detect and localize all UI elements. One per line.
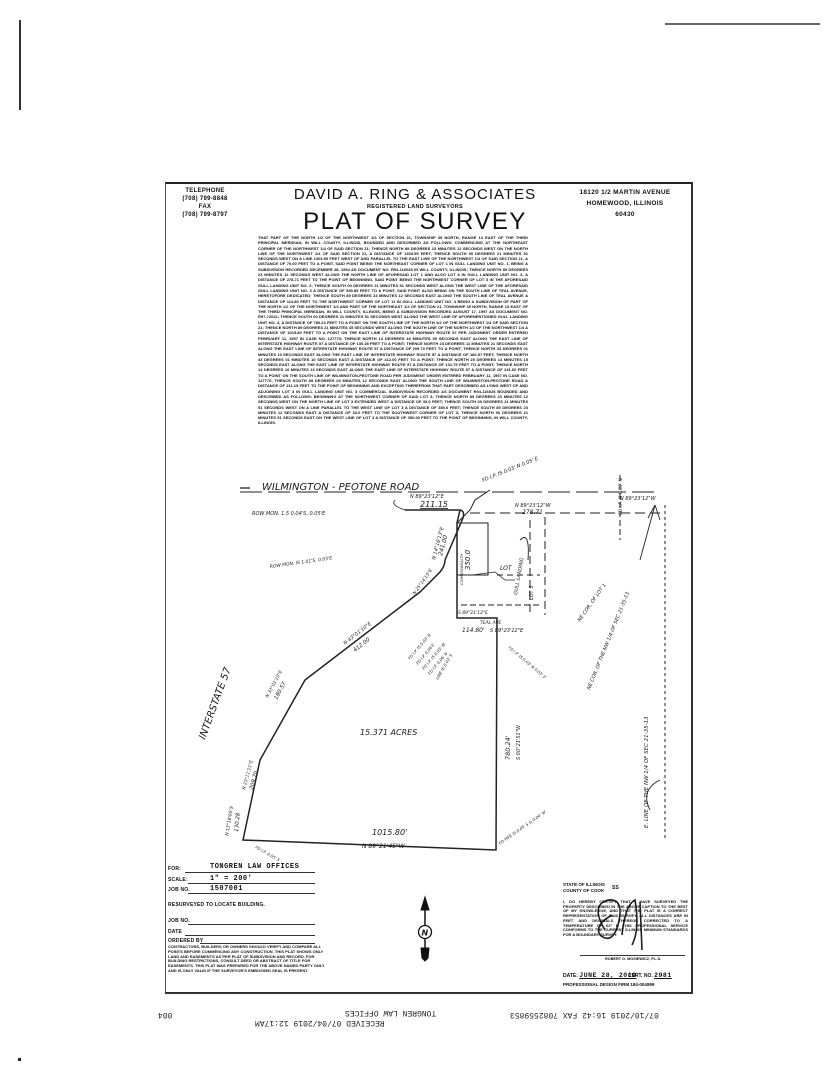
scale-label: SCALE: [168,877,188,883]
scan-edge-mark [665,23,820,25]
scan-edge-mark [19,20,21,110]
certificate-number: CERT. NO. 2981 [628,972,672,979]
address-line-3: 60430 [565,209,685,220]
sheet-bottom-rule [165,992,693,994]
job-underline [188,893,315,894]
firm-address: 18120 1/2 MARTIN AVENUE HOMEWOOD, ILLINO… [565,187,685,220]
date-label: DATE [168,929,182,935]
address-line-2: HOMEWOOD, ILLINOIS [565,198,685,209]
for-label: FOR: [168,866,181,872]
job-no-label-2: JOB NO. [168,918,190,924]
design-firm-number: PROFESSIONAL DESIGN FIRM 184-004899 [563,982,654,987]
document-title: PLAT OF SURVEY [250,208,580,236]
address-line-1: 18120 1/2 MARTIN AVENUE [565,187,685,198]
date-label: DATE: [563,973,578,979]
scan-speck [18,1058,21,1061]
telephone-label: TELEPHONE [170,187,240,195]
title-block-notes: Contractors, builders or owners should v… [168,945,328,974]
fax-label: FAX [170,203,240,211]
scale-value: 1" = 200' [210,875,252,883]
firm-contact: TELEPHONE (708) 799-8848 FAX (708) 799-8… [170,187,240,219]
cert-value: 2981 [654,972,672,979]
certificate-date: DATE: JUNE 28, 2019 [563,972,637,979]
cert-label: CERT. NO. [628,973,653,979]
fax-header-sender: TONGREN LAW OFFICES [345,1008,436,1017]
fax-header-timestamp: 07/10/2019 16:42 FAX 7082559853 [510,1010,659,1019]
certificate-text: I, do hereby certify that I have surveye… [563,900,688,938]
surveyor-name: ROBERT G. MOSIEWICZ, P.L.S. [605,957,661,961]
signature-line [580,955,685,956]
firm-name: DAVID A. RING & ASSOCIATES [250,186,580,203]
job-no-underline-2 [188,924,315,925]
certificate-ss: SS [612,885,619,891]
resurvey-note: RESURVEYED TO LOCATE BUILDING. [168,902,265,908]
certificate-county: COUNTY OF COOK [563,888,605,894]
fax-header-received: RECEIVED 07/04/2019 12:17AM [255,1018,385,1027]
job-label: JOB NO. [168,887,190,893]
fax-page-number: 004 [158,1010,172,1019]
for-underline [185,872,315,873]
client-name: TONGREN LAW OFFICES [210,863,299,871]
scale-underline [188,883,315,884]
telephone-number: (708) 799-8848 [170,195,240,203]
fax-number: (708) 799-8797 [170,211,240,219]
date-underline [185,935,315,936]
job-number: 1507001 [210,885,243,893]
certificate-jurisdiction: STATE OF ILLINOIS COUNTY OF COOK [563,882,605,894]
legal-description: That part of the North 1/2 of the Northw… [258,235,528,426]
